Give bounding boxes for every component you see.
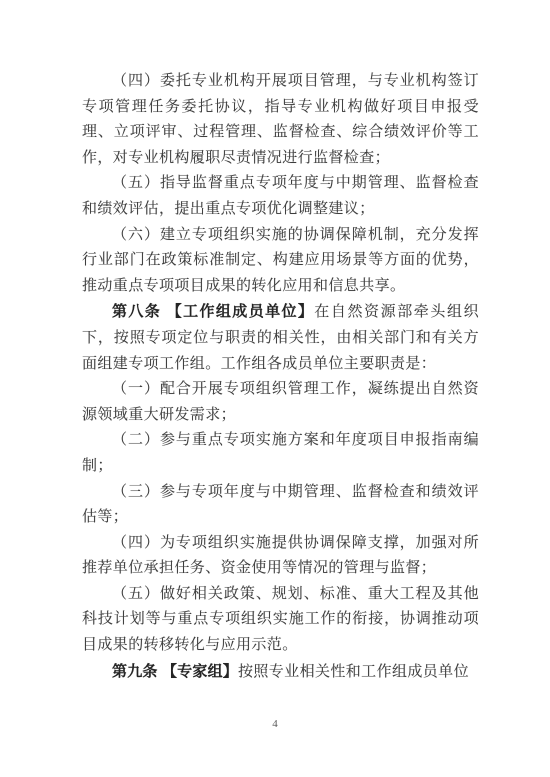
page-footer: 4 — [0, 714, 550, 732]
clause-heading: 第九条 【专家组】 — [112, 663, 238, 680]
clause-text: （五）指导监督重点专项年度与中期管理、监督检查和绩效评估，提出重点专项优化调整建… — [82, 175, 479, 217]
paragraph: 第八条 【工作组成员单位】在自然资源部牵头组织下，按照专项定位与职责的相关性，由… — [82, 299, 479, 377]
clause-text: 按照专业相关性和工作组成员单位 — [238, 664, 469, 680]
clause-text: （五）做好相关政策、规划、标准、重大工程及其他科技计划等与重点专项组织实施工作的… — [82, 586, 479, 653]
paragraph: 第九条 【专家组】按照专业相关性和工作组成员单位 — [82, 659, 479, 686]
document-body: （四）委托专业机构开展项目管理，与专业机构签订专项管理任务委托协议，指导专业机构… — [82, 69, 479, 685]
paragraph: （五）指导监督重点专项年度与中期管理、监督检查和绩效评估，提出重点专项优化调整建… — [82, 171, 479, 222]
paragraph: （四）为专项组织实施提供协调保障支撑，加强对所推荐单位承担任务、资金使用等情况的… — [82, 531, 479, 582]
clause-text: （四）为专项组织实施提供协调保障支撑，加强对所推荐单位承担任务、资金使用等情况的… — [82, 535, 479, 577]
paragraph: （一）配合开展专项组织管理工作，凝练提出自然资源领域重大研发需求； — [82, 377, 479, 428]
paragraph: （六）建立专项组织实施的协调保障机制，充分发挥行业部门在政策标准制定、构建应用场… — [82, 223, 479, 300]
clause-text: （二）参与重点专项实施方案和年度项目申报指南编制； — [82, 432, 479, 474]
clause-text: （六）建立专项组织实施的协调保障机制，充分发挥行业部门在政策标准制定、构建应用场… — [82, 227, 479, 294]
paragraph: （四）委托专业机构开展项目管理，与专业机构签订专项管理任务委托协议，指导专业机构… — [82, 69, 479, 171]
clause-heading: 第八条 【工作组成员单位】 — [112, 303, 314, 320]
clause-text: （三）参与专项年度与中期管理、监督检查和绩效评估等； — [82, 484, 479, 526]
paragraph: （二）参与重点专项实施方案和年度项目申报指南编制； — [82, 428, 479, 479]
paragraph: （三）参与专项年度与中期管理、监督检查和绩效评估等； — [82, 480, 479, 531]
clause-text: （一）配合开展专项组织管理工作，凝练提出自然资源领域重大研发需求； — [82, 381, 479, 423]
clause-text: （四）委托专业机构开展项目管理，与专业机构签订专项管理任务委托协议，指导专业机构… — [82, 73, 479, 166]
document-page: （四）委托专业机构开展项目管理，与专业机构签订专项管理任务委托协议，指导专业机构… — [0, 0, 550, 777]
paragraph: （五）做好相关政策、规划、标准、重大工程及其他科技计划等与重点专项组织实施工作的… — [82, 582, 479, 659]
page-number: 4 — [272, 718, 278, 730]
